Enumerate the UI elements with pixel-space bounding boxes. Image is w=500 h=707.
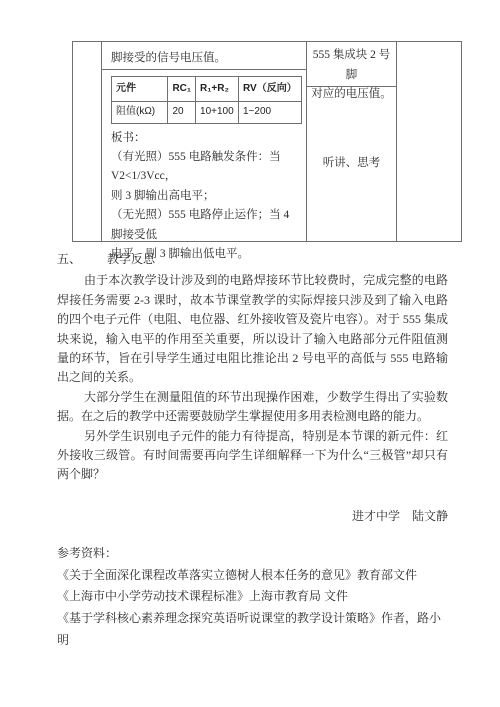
document-page: 脚接受的信号电压值。 元件 RC₁ R₁+R₂ RV（反向） 阻值(kΩ) 20…	[0, 0, 500, 707]
reflection-paragraph: 由于本次教学设计涉及到的电路焊接环节比较费时，完成完整的电路焊接任务需要 2-3…	[57, 271, 448, 387]
signature: 进才中学 陆文静	[57, 507, 448, 526]
table-col-blank-right	[397, 42, 461, 241]
table-col-teacher-activity: 脚接受的信号电压值。 元件 RC₁ R₁+R₂ RV（反向） 阻值(kΩ) 20…	[102, 42, 307, 241]
table-col-student-activity: 555 集成块 2 号脚 对应的电压值。 听讲、思考	[307, 42, 397, 241]
header-rv: RV（反向）	[239, 76, 302, 101]
note-line: （有光照）555 电路触发条件：当 V2<1/3Vcc，	[111, 148, 302, 187]
reflection-heading-title: 教学反思	[107, 252, 155, 266]
student-activity-text: 听讲、思考	[323, 154, 381, 174]
reflection-paragraph: 另外学生识别电子元件的能力有待提高，特别是本节课的新元件：红外接收三级管。有时间…	[57, 427, 448, 485]
reference-item: 《上海市中小学劳动技术课程标准》上海市教育局 文件	[57, 586, 448, 608]
pin-voltage-note-text: 脚接受的信号电压值。	[111, 52, 226, 64]
note-line: （无光照）555 电路停止运作；当 4 脚接受低	[111, 206, 302, 245]
reflection-section: 五、教学反思 由于本次教学设计涉及到的电路焊接环节比较费时，完成完整的电路焊接任…	[57, 250, 448, 651]
note-line: 板书：	[111, 129, 302, 148]
references-section: 参考资料： 《关于全面深化课程改革落实立德树人根本任务的意见》教育部文件 《上海…	[57, 543, 448, 651]
cell-teacher-activity-main: 元件 RC₁ R₁+R₂ RV（反向） 阻值(kΩ) 20 10+100 1~2…	[102, 70, 306, 265]
reference-item: 《关于全面深化课程改革落实立德树人根本任务的意见》教育部文件	[57, 565, 448, 587]
reflection-heading: 五、教学反思	[57, 250, 448, 269]
lesson-plan-table: 脚接受的信号电压值。 元件 RC₁ R₁+R₂ RV（反向） 阻值(kΩ) 20…	[72, 41, 462, 242]
value-rv: 1~200	[239, 101, 302, 123]
voltage-label-line1: 555 集成块 2 号脚	[307, 46, 396, 85]
reflection-paragraph: 大部分学生在测量阻值的环节出现操作困难，少数学生得出了实验数据。在之后的教学中还…	[57, 388, 448, 427]
measurement-header-row: 元件 RC₁ R₁+R₂ RV（反向）	[112, 76, 302, 101]
reflection-heading-number: 五、	[57, 252, 81, 266]
value-resistance-label: 阻值(kΩ)	[112, 101, 168, 123]
header-r1r2: R₁+R₂	[196, 76, 239, 101]
measurement-value-row: 阻值(kΩ) 20 10+100 1~200	[112, 101, 302, 123]
references-title: 参考资料：	[57, 543, 448, 565]
reference-item: 《基于学科核心素养理念探究英语听说课堂的教学设计策略》作者，路小明	[57, 608, 448, 651]
note-line: 则 3 脚输出高电平；	[111, 187, 302, 206]
cell-voltage-label: 555 集成块 2 号脚 对应的电压值。	[307, 42, 396, 87]
cell-student-activity: 听讲、思考	[307, 87, 396, 241]
cell-pin-voltage-note: 脚接受的信号电压值。	[102, 42, 306, 70]
table-col-blank-left	[73, 42, 102, 241]
value-r1r2: 10+100	[196, 101, 239, 123]
value-rc: 20	[168, 101, 196, 123]
measurement-table: 元件 RC₁ R₁+R₂ RV（反向） 阻值(kΩ) 20 10+100 1~2…	[111, 76, 302, 124]
blackboard-notes: 板书： （有光照）555 电路触发条件：当 V2<1/3Vcc， 则 3 脚输出…	[111, 129, 302, 265]
header-component: 元件	[112, 76, 168, 101]
header-rc: RC₁	[168, 76, 196, 101]
